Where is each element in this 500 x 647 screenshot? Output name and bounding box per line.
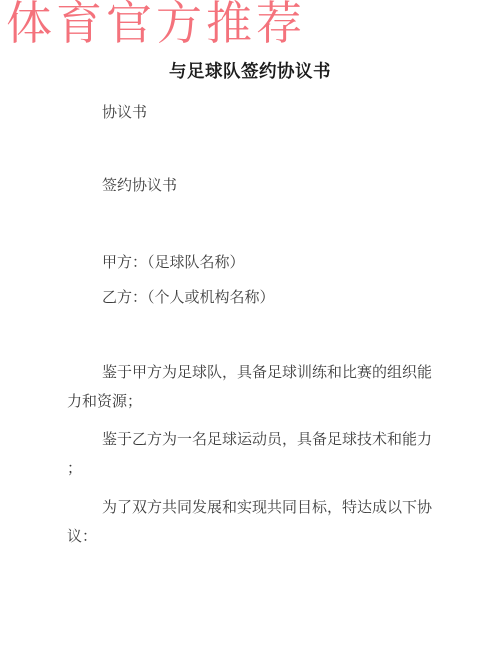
paragraph: 鉴于乙方为一名足球运动员，具备足球技术和能力； (67, 425, 433, 483)
paragraph: 鉴于甲方为足球队，具备足球训练和比赛的组织能力和资源； (67, 358, 433, 416)
paragraph: 签约协议书 (67, 171, 433, 200)
watermark-text: 体育官方推荐 (6, 0, 306, 53)
paragraph: 乙方：（个人或机构名称） (67, 283, 433, 312)
paragraph: 协议书 (67, 98, 433, 127)
paragraph: 为了双方共同发展和实现共同目标，特达成以下协议： (67, 493, 433, 551)
document-body: 协议书 签约协议书 甲方：（足球队名称） 乙方：（个人或机构名称） 鉴于甲方为足… (0, 98, 500, 551)
document-page: 体育官方推荐 与足球队签约协议书 协议书 签约协议书 甲方：（足球队名称） 乙方… (0, 0, 500, 647)
paragraph: 甲方：（足球队名称） (67, 248, 433, 277)
